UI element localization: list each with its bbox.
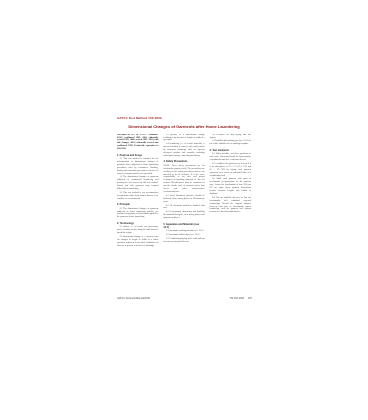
paragraph: 5.1 Automatic washing machine (see 12.2)… xyxy=(163,230,204,233)
paragraph: 3.3 growth, n.—a dimensional change resu… xyxy=(163,134,204,143)
paragraph: 6.2 Condition the garments for at least … xyxy=(210,163,251,178)
paragraph: 4.1 Good laboratory practices should be … xyxy=(163,195,204,204)
text-column-1: Developed in 1977 by AATCC Committee RA4… xyxy=(117,134,158,287)
method-reference: AATCC Test Method 150-2003 xyxy=(117,111,256,120)
section-heading: 5. Apparatus and Materials (see 12.1) xyxy=(163,223,204,229)
section-heading: 4. Safety Precautions xyxy=(163,160,204,163)
history-paragraph: Developed in 1977 by AATCC Committee RA4… xyxy=(117,134,158,151)
document-page: AATCC Test Method 150-2003 Dimensional C… xyxy=(112,111,256,304)
paragraph: 3.4 laundering, n.—of textile materials,… xyxy=(163,143,204,158)
page-footer: AATCC Technical Manual/2010 TM 150-2003 … xyxy=(117,297,252,300)
paragraph: 4.2 All chemicals should be handled with… xyxy=(163,205,204,211)
text-column-2: 3.3 growth, n.—a dimensional change resu… xyxy=(163,134,204,287)
text-columns: Developed in 1977 by AATCC Committee RA4… xyxy=(117,134,251,287)
footer-right-group: TM 150-2003 267 xyxy=(230,297,252,300)
section-heading: 1. Purpose and Scope xyxy=(117,154,158,157)
paragraph: 1.1 This test method is intended for the… xyxy=(117,158,158,175)
section-heading: 2. Principle xyxy=(117,203,158,206)
paragraph: 6.4 Use an indelible ink pen so that the… xyxy=(210,197,251,214)
page-title: Dimensional Changes of Garments after Ho… xyxy=(118,125,250,130)
paragraph: 1.2 The dimensional changes of garments … xyxy=(117,176,158,191)
section-heading: 3. Terminology xyxy=(117,222,158,225)
paragraph: 1.3 This test method is not recommended … xyxy=(117,192,158,201)
footer-manual-label: AATCC Technical Manual/2010 xyxy=(117,297,150,300)
paragraph: 5.2 Automatic tumble dryer (see 12.2). xyxy=(163,234,204,237)
footer-page-number: 267 xyxy=(248,297,252,300)
paragraph: 3.1 ballast, n.—in textile wet processin… xyxy=(117,226,158,235)
footer-method-label: TM 150-2003 xyxy=(230,297,244,300)
paragraph: 3.2 dimensional change, n.—a generic ter… xyxy=(117,236,158,248)
section-heading: 6. Test Garments xyxy=(210,149,251,152)
paragraph: 5.3 Conditioning/drying racks with pull-… xyxy=(163,238,204,244)
paragraph: 5.5 Indelible ink marking pen (see 12.3)… xyxy=(210,140,251,146)
paragraph: 6.1 When possible, test three garments o… xyxy=(210,153,251,162)
paragraph: 6.3 Mark each garment with pairs of benc… xyxy=(210,178,251,195)
text-column-3: 5.4 Facilities for drip drying and line … xyxy=(210,134,251,287)
note-paragraph: NOTE: These safety precautions are for i… xyxy=(163,165,204,194)
document-canvas: AATCC Test Method 150-2003 Dimensional C… xyxy=(0,0,368,420)
paragraph: 5.4 Facilities for drip drying and line … xyxy=(210,134,251,140)
paragraph: 4.3 In preparing, dispensing and handlin… xyxy=(163,211,204,220)
paragraph: 2.1 The dimensional changes of garments … xyxy=(117,208,158,220)
